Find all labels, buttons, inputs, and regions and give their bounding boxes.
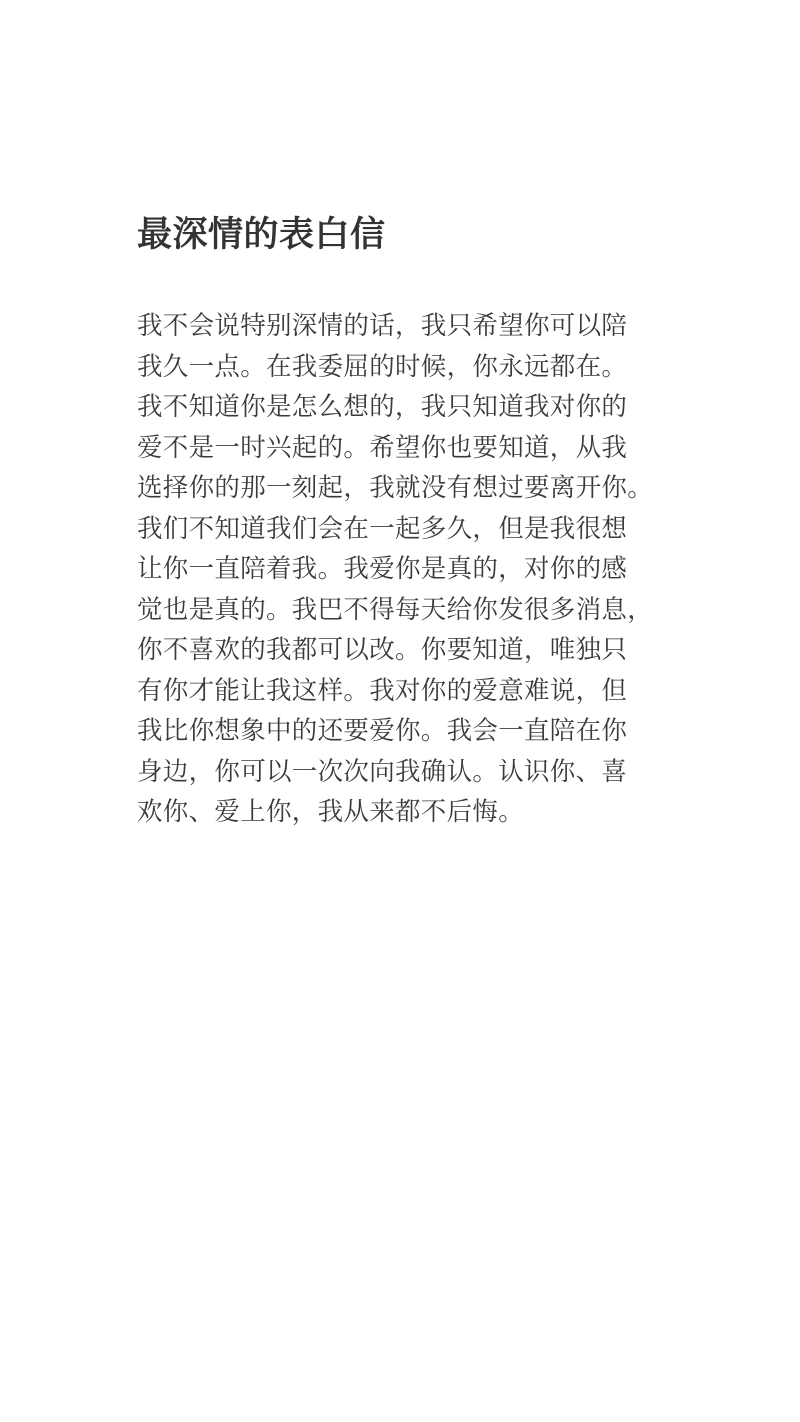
body-line: 有你才能让我这样。我对你的爱意难说，但 — [137, 671, 677, 712]
body-line: 爱不是一时兴起的。希望你也要知道，从我 — [137, 428, 677, 469]
body-line: 我不会说特别深情的话，我只希望你可以陪 — [137, 306, 677, 347]
body-line: 选择你的那一刻起，我就没有想过要离开你。 — [137, 468, 677, 509]
letter-body: 我不会说特别深情的话，我只希望你可以陪 我久一点。在我委屈的时候，你永远都在。 … — [137, 306, 677, 833]
body-line: 我比你想象中的还要爱你。我会一直陪在你 — [137, 711, 677, 752]
page-title: 最深情的表白信 — [137, 212, 386, 258]
body-line: 我们不知道我们会在一起多久，但是我很想 — [137, 509, 677, 550]
body-line: 你不喜欢的我都可以改。你要知道，唯独只 — [137, 630, 677, 671]
body-line: 让你一直陪着我。我爱你是真的，对你的感 — [137, 549, 677, 590]
body-line: 欢你、爱上你，我从来都不后悔。 — [137, 792, 677, 833]
body-line: 我久一点。在我委屈的时候，你永远都在。 — [137, 347, 677, 388]
body-line: 我不知道你是怎么想的，我只知道我对你的 — [137, 387, 677, 428]
body-line: 觉也是真的。我巴不得每天给你发很多消息， — [137, 590, 677, 631]
body-line: 身边，你可以一次次向我确认。认识你、喜 — [137, 752, 677, 793]
